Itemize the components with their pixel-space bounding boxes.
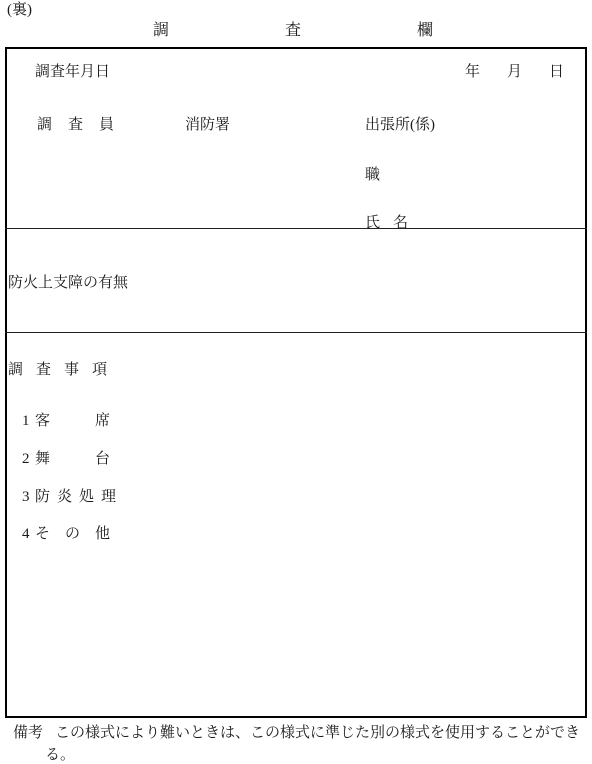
item-text: 客席 [35,413,155,429]
item-text: その他 [35,526,125,542]
fire-safety-label: 防火上支障の有無 [8,276,128,291]
survey-date-label: 調査年月日 [35,65,110,80]
date-units-label: 年月日 [465,65,591,80]
survey-items-heading: 調査事項 [8,363,120,378]
row-divider-1 [5,228,587,229]
branch-office-label: 出張所(係) [365,118,435,133]
item-number: 3 [22,490,35,505]
remarks-line: 備考この様式により難いときは、この様式に準じた別の様式を使用することができ [13,726,580,741]
back-side-label: (裏) [7,3,32,18]
survey-form-box [5,47,587,718]
remarks-label: 備考 [13,725,43,741]
row-divider-2 [5,332,587,333]
page-title: 調査欄 [153,23,549,39]
survey-item-stage: 2舞台 [22,452,155,467]
survey-item-seats: 1客席 [22,414,155,429]
item-number: 1 [22,414,35,429]
item-number: 2 [22,452,35,467]
item-text: 舞台 [35,451,155,467]
remarks-line-continuation: る。 [45,748,75,763]
position-label: 職 [365,168,380,183]
survey-item-other: 4その他 [22,527,125,542]
remarks-text: この様式により難いときは、この様式に準じた別の様式を使用することができ [55,725,580,741]
item-number: 4 [22,527,35,542]
survey-item-flameproofing: 3防炎処理 [22,490,123,505]
fire-station-label: 消防署 [185,118,230,133]
surveyor-label: 調査員 [37,118,130,133]
item-text: 防炎処理 [35,489,123,505]
form-page: (裏) 調査欄 調査年月日 年月日 調査員 消防署 出張所(係) 職 氏名 防火… [0,0,592,764]
